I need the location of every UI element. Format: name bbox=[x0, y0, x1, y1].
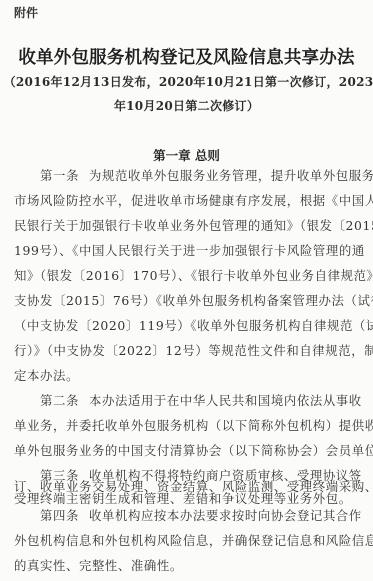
article-2-line-1: 第二条本办法适用于在中华人民共和国境内依法从事收 bbox=[40, 393, 364, 409]
article-label: 第四条 bbox=[40, 508, 79, 523]
article-1-line-5: 知》（银发〔2016〕170号）、《银行卡收单外包业务自律规范》（中 bbox=[14, 268, 364, 284]
subtitle-line-1: （2016年12月13日发布，2020年10月21日第一次修订，2023 bbox=[2, 73, 373, 90]
article-1-line-7: （中支协发〔2020〕119号）《收单外包服务机构自律规范（试 bbox=[14, 318, 364, 334]
article-label: 第一条 bbox=[40, 168, 79, 183]
subtitle-line-2: 年10月20日第二次修订） bbox=[0, 97, 373, 114]
article-text: 为规范收单外包服务业务管理，提升收单外包服务 bbox=[89, 168, 373, 183]
article-4-line-3: 的真实性、完整性、准确性。 bbox=[14, 558, 364, 574]
article-4-line-2: 外包机构信息和外包机构风险信息，并确保登记信息和风险信息 bbox=[14, 533, 364, 549]
article-1-line-9: 定本办法。 bbox=[14, 368, 364, 384]
article-1-line-4: 199号）、《中国人民银行关于进一步加强银行卡风险管理的通 bbox=[14, 243, 364, 259]
article-1-line-2: 市场风险防控水平，促进收单市场健康有序发展，根据《中国人 bbox=[14, 193, 364, 209]
article-1-line-3: 民银行关于加强银行卡收单业务外包管理的通知》（银发〔2015〕 bbox=[14, 218, 364, 234]
article-label: 第二条 bbox=[40, 393, 79, 408]
article-3-line-3: 受理终端主密钥生成和管理、差错和争议处理等业务外包。 bbox=[14, 491, 364, 507]
article-text: 收单机构应按本办法要求按时向协会登记其合作 bbox=[89, 508, 362, 523]
attachment-label: 附件 bbox=[14, 4, 38, 21]
document-title: 收单外包服务机构登记及风险信息共享办法 bbox=[0, 44, 373, 69]
article-1-line-6: 支协发〔2015〕76号）《收单外包服务机构备案管理办法（试行）》 bbox=[14, 293, 364, 309]
article-2-line-2: 单业务，并委托收单外包服务机构（以下简称外包机构）提供收 bbox=[14, 418, 364, 434]
article-1-line-8: 行）》（中支协发〔2022〕12号）等规范性文件和自律规范，制 bbox=[14, 343, 364, 359]
article-1-line-1: 第一条为规范收单外包服务业务管理，提升收单外包服务 bbox=[40, 168, 364, 184]
article-2-line-3: 单外包服务业务的中国支付清算协会（以下简称协会）会员单位。 bbox=[14, 443, 364, 459]
article-text: 本办法适用于在中华人民共和国境内依法从事收 bbox=[89, 393, 362, 408]
chapter-heading: 第一章 总则 bbox=[0, 146, 373, 164]
article-4-line-1: 第四条收单机构应按本办法要求按时向协会登记其合作 bbox=[40, 508, 364, 524]
